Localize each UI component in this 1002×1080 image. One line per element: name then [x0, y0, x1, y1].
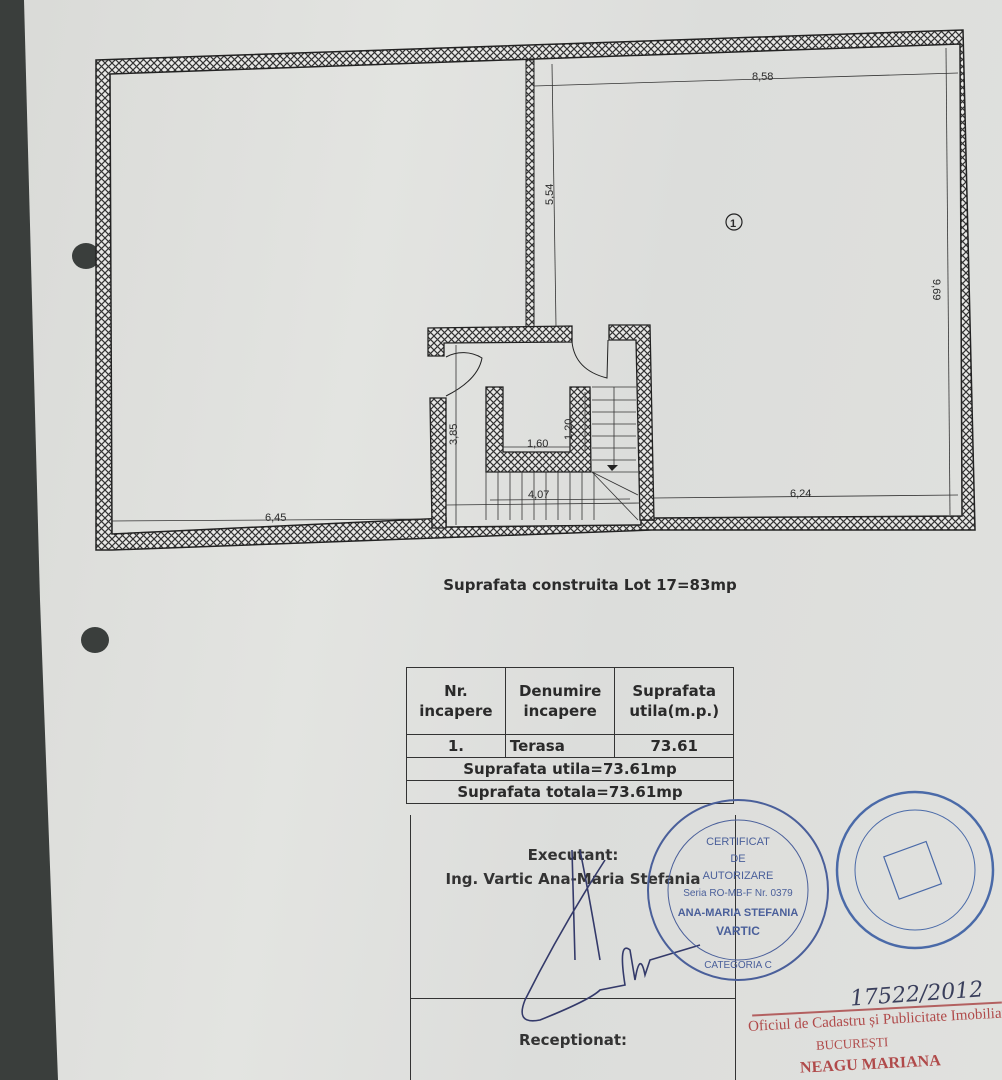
coat-of-arms-icon — [884, 841, 942, 899]
signature-icon — [522, 850, 700, 1021]
svg-text:ANA-MARIA STEFANIA: ANA-MARIA STEFANIA — [678, 907, 799, 919]
svg-text:DE: DE — [730, 853, 745, 865]
svg-text:AUTORIZARE: AUTORIZARE — [703, 870, 774, 882]
svg-text:VARTIC: VARTIC — [716, 924, 760, 938]
svg-text:CATEGORIA C: CATEGORIA C — [704, 960, 772, 971]
ocpi-stamp — [837, 792, 993, 948]
svg-text:CERTIFICAT: CERTIFICAT — [706, 836, 770, 848]
svg-text:Seria RO-MB-F Nr. 0379: Seria RO-MB-F Nr. 0379 — [683, 888, 793, 899]
stamps-layer: CERTIFICAT DE AUTORIZARE Seria RO-MB-F N… — [0, 0, 1002, 1080]
certificate-stamp: CERTIFICAT DE AUTORIZARE Seria RO-MB-F N… — [648, 800, 828, 980]
